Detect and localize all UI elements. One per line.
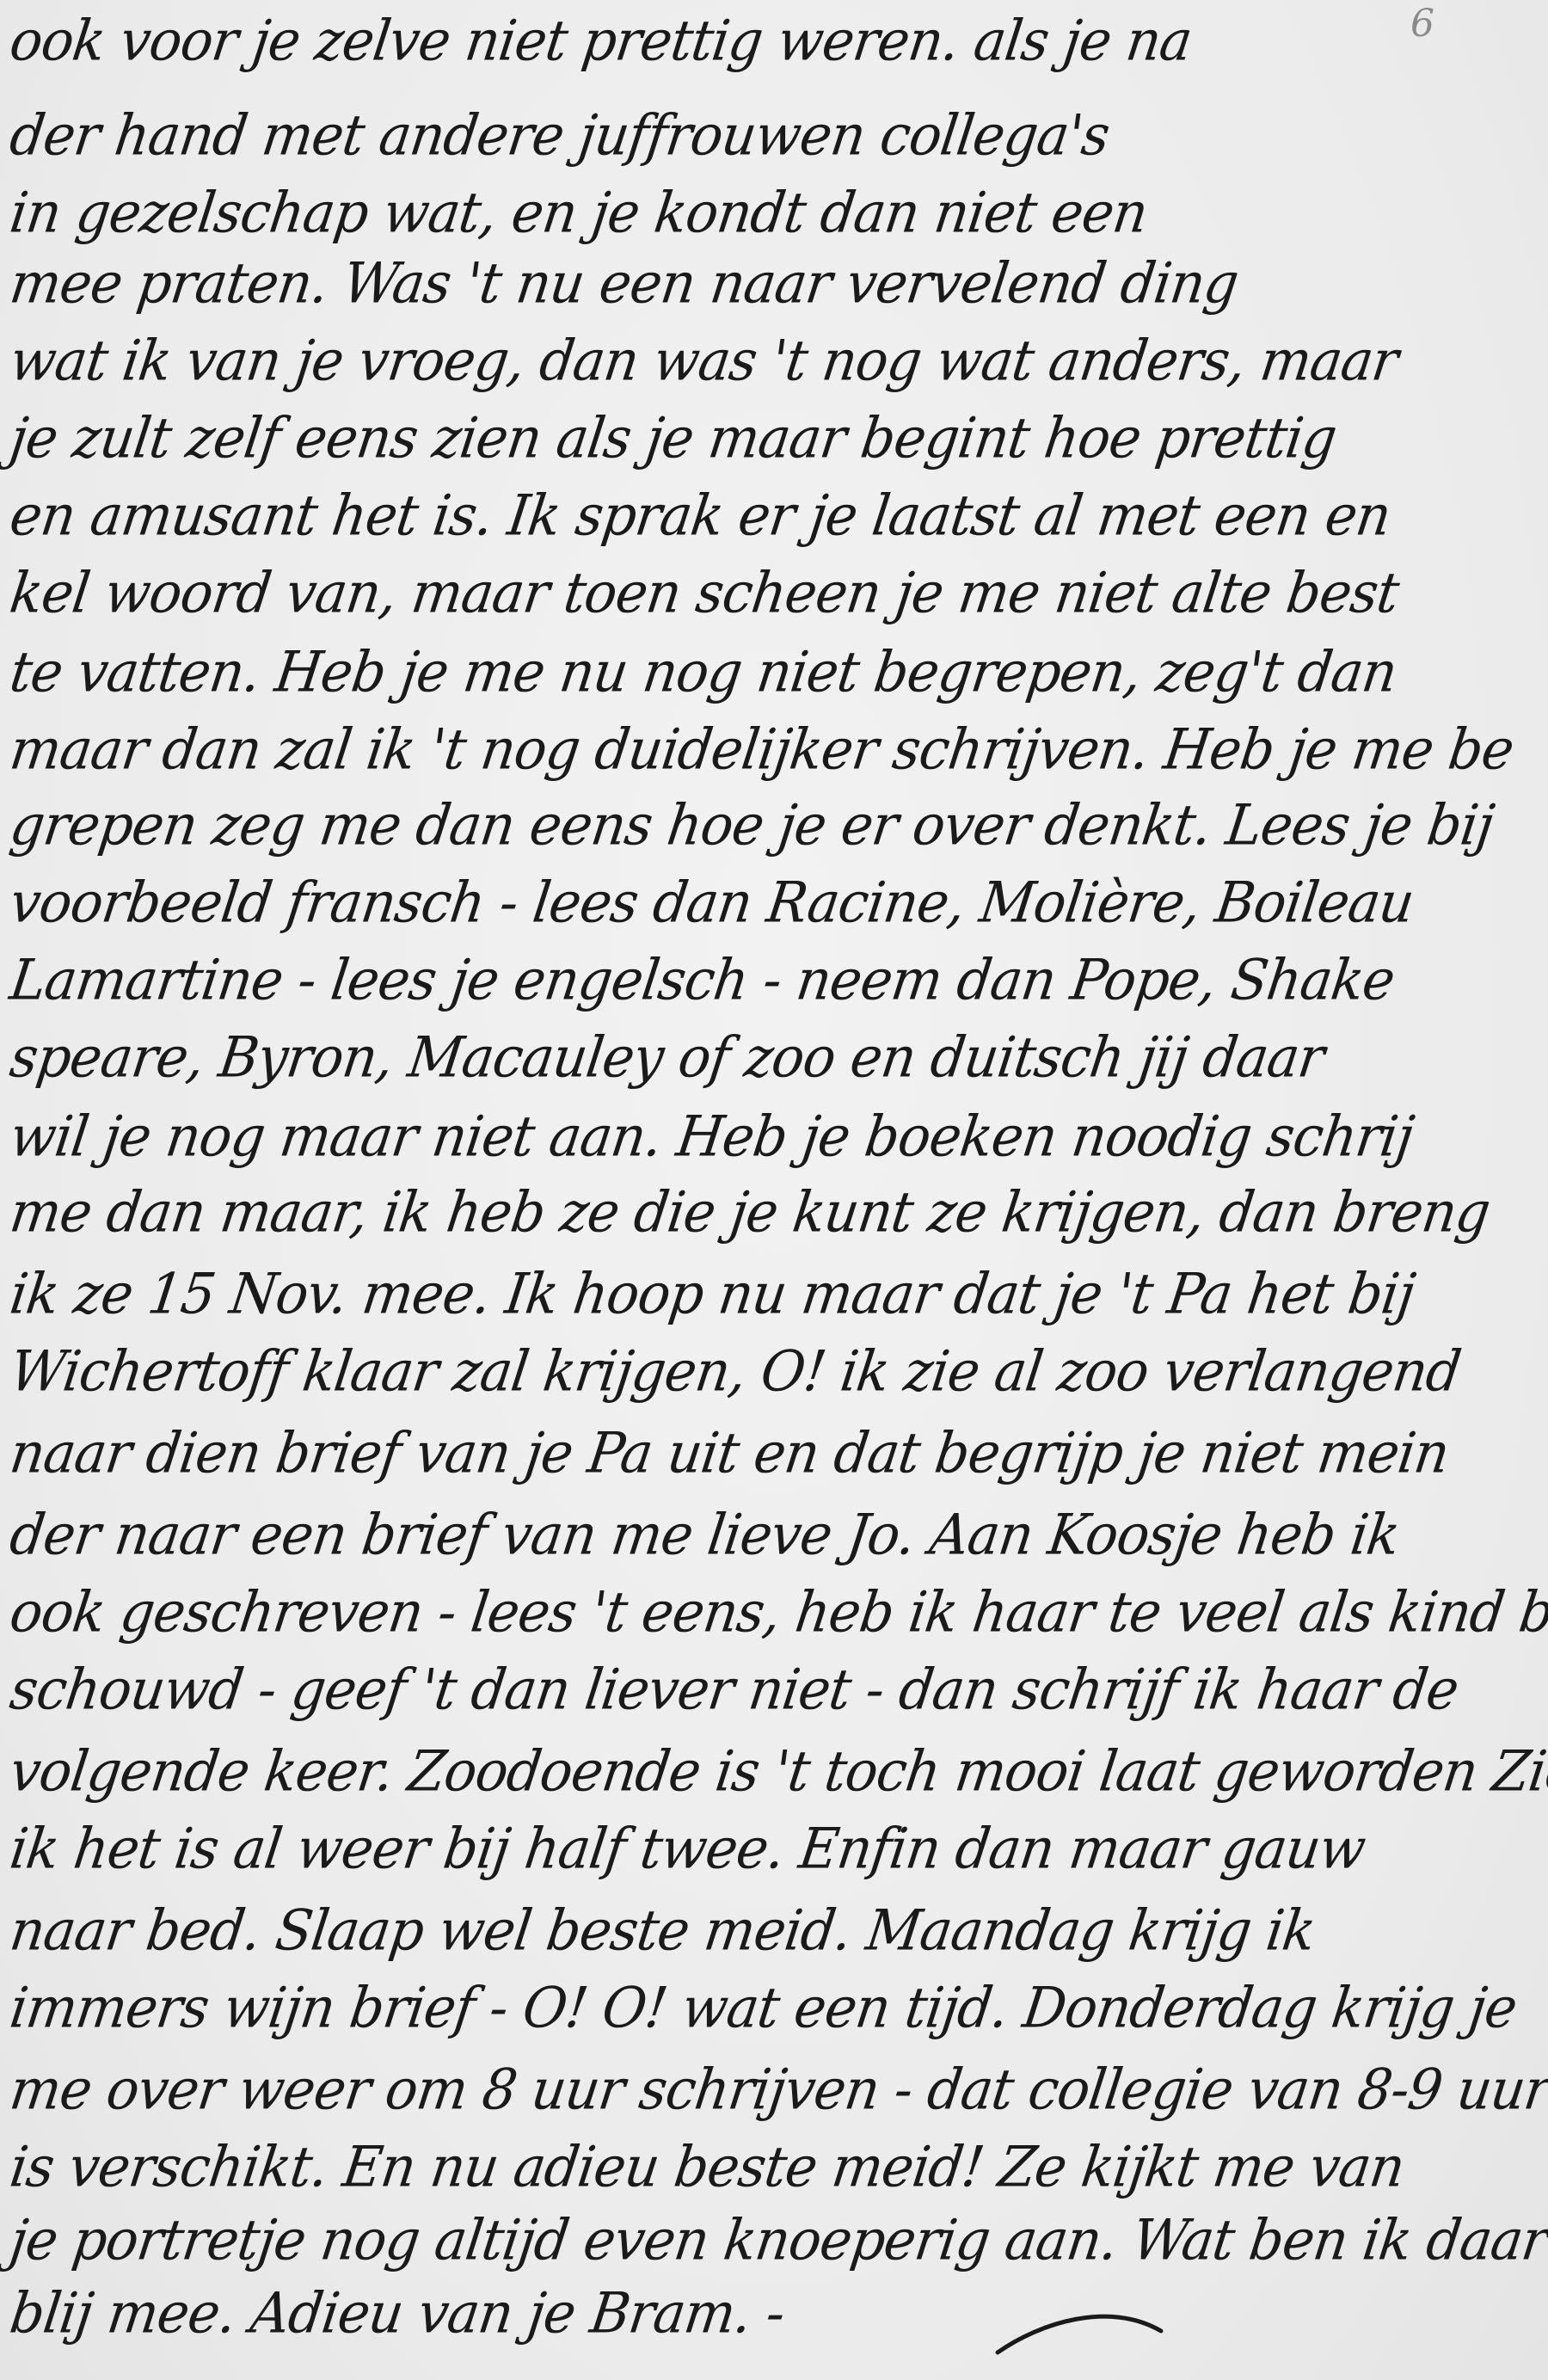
- letter-line: speare, Byron, Macauley of zoo en duitsc…: [7, 1030, 1327, 1085]
- letter-line: je portretje nog altijd even knoeperig a…: [7, 2212, 1548, 2268]
- signature-flourish-icon: [989, 2305, 1204, 2365]
- letter-line: te vatten. Heb je me nu nog niet begrepe…: [7, 644, 1400, 700]
- signature-line: blij mee. Adieu van je Bram. -: [7, 2285, 788, 2341]
- letter-line: naar bed. Slaap wel beste meid. Maandag …: [7, 1903, 1318, 1959]
- letter-line: ik het is al weer bij half twee. Enfin d…: [7, 1821, 1368, 1877]
- letter-line: kel woord van, maar toen scheen je me ni…: [7, 565, 1402, 621]
- letter-line: is verschikt. En nu adieu beste meid! Ze…: [7, 2139, 1407, 2195]
- letter-line: der naar een brief van me lieve Jo. Aan …: [7, 1507, 1403, 1563]
- letter-line: me over weer om 8 uur schrijven - dat co…: [7, 2062, 1548, 2118]
- letter-line: mee praten. Was 't nu een naar vervelend…: [7, 255, 1241, 311]
- letter-line: ook geschreven - lees 't eens, heb ik ha…: [7, 1584, 1548, 1640]
- letter-line: ook voor je zelve niet prettig weren. al…: [7, 13, 1195, 69]
- letter-line: Wichertoff klaar zal krijgen, O! ik zie …: [7, 1344, 1464, 1399]
- letter-line: immers wijn brief - O! O! wat een tijd. …: [7, 1980, 1520, 2036]
- letter-line: naar dien brief van je Pa uit en dat beg…: [7, 1425, 1452, 1481]
- letter-line: voorbeeld fransch - lees dan Racine, Mol…: [7, 875, 1416, 931]
- letter-line: je zult zelf eens zien als je maar begin…: [7, 410, 1339, 466]
- letter-line: wat ik van je vroeg, dan was 't nog wat …: [7, 333, 1401, 389]
- letter-line: grepen zeg me dan eens hoe je er over de…: [7, 797, 1496, 853]
- letter-line: me dan maar, ik heb ze die je kunt ze kr…: [7, 1184, 1493, 1240]
- letter-line: der hand met andere juffrouwen collega's: [7, 108, 1112, 163]
- letter-line: ik ze 15 Nov. mee. Ik hoop nu maar dat j…: [7, 1266, 1417, 1322]
- letter-line: maar dan zal ik 't nog duidelijker schri…: [7, 722, 1517, 778]
- letter-line: volgende keer. Zoodoende is 't toch mooi…: [7, 1743, 1548, 1799]
- letter-line: wil je nog maar niet aan. Heb je boeken …: [7, 1109, 1416, 1165]
- page-number: 6: [1410, 2, 1434, 46]
- letter-line: in gezelschap wat, en je kondt dan niet …: [7, 185, 1151, 241]
- letter-line: en amusant het is. Ik sprak er je laatst…: [7, 488, 1394, 544]
- letter-line: schouwd - geef 't dan liever niet - dan …: [7, 1662, 1461, 1718]
- letter-page: 6 ook voor je zelve niet prettig weren. …: [0, 0, 1548, 2380]
- letter-line: Lamartine - lees je engelsch - neem dan …: [7, 952, 1397, 1008]
